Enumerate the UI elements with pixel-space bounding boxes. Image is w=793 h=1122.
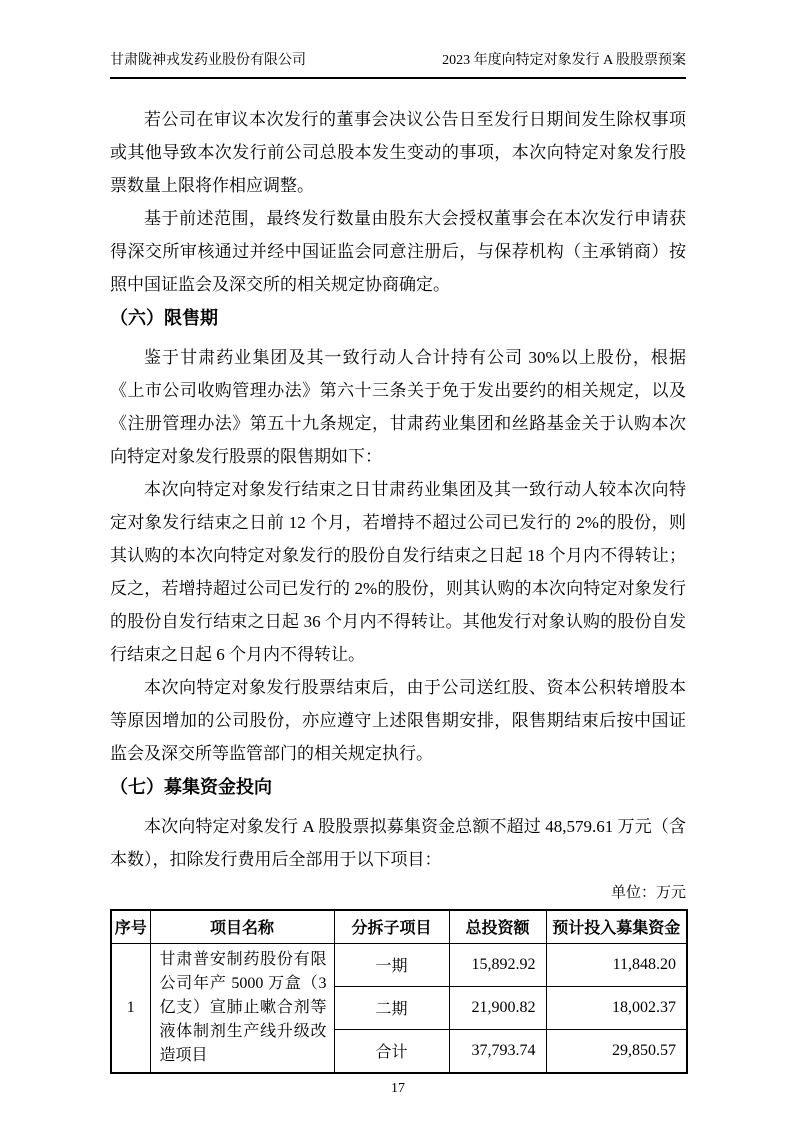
document-body: 若公司在审议本次发行的董事会决议公告日至发行日期间发生除权事项或其他导致本次发行… — [110, 103, 686, 1097]
page-number: 17 — [110, 1081, 686, 1097]
paragraph-lockup-basis: 鉴于甘肃药业集团及其一致行动人合计持有公司 30%以上股份，根据《上市公司收购管… — [110, 341, 686, 473]
table-row: 1 甘肃普安制药股份有限公司年产 5000 万盒（3 亿支）宣肺止嗽合剂等液体制… — [111, 943, 687, 986]
column-header-no: 序号 — [111, 910, 150, 943]
cell-raised-funds-phase2: 18,002.37 — [546, 986, 687, 1029]
paragraph-raised-funds-total: 本次向特定对象发行 A 股股票拟募集资金总额不超过 48,579.61 万元（含… — [110, 810, 686, 876]
cell-total-investment-phase2: 21,900.82 — [449, 986, 546, 1029]
column-header-total-investment: 总投资额 — [449, 910, 546, 943]
cell-total-investment-total: 37,793.74 — [449, 1029, 546, 1072]
section-heading-lockup-period: （六）限售期 — [110, 302, 686, 335]
page-header: 甘肃陇神戎发药业股份有限公司 2023 年度向特定对象发行 A 股股票预案 — [110, 0, 686, 79]
paragraph-lockup-terms: 本次向特定对象发行结束之日甘肃药业集团及其一致行动人较本次向特定对象发行结束之日… — [110, 473, 686, 671]
table-unit-label: 单位：万元 — [110, 882, 686, 904]
header-doc-title: 2023 年度向特定对象发行 A 股股票预案 — [442, 52, 686, 70]
fund-usage-table: 序号 项目名称 分拆子项目 总投资额 预计投入募集资金 1 甘肃普安制药股份有限… — [110, 909, 688, 1074]
cell-total-investment-phase1: 15,892.92 — [449, 943, 546, 986]
column-header-sub-project: 分拆子项目 — [334, 910, 449, 943]
paragraph-bonus-shares-lockup: 本次向特定对象发行股票结束后，由于公司送红股、资本公积转增股本等原因增加的公司股… — [110, 671, 686, 770]
cell-project-name: 甘肃普安制药股份有限公司年产 5000 万盒（3 亿支）宣肺止嗽合剂等液体制剂生… — [150, 943, 334, 1073]
cell-raised-funds-total: 29,850.57 — [546, 1029, 687, 1072]
paragraph-final-issue-quantity: 基于前述范围，最终发行数量由股东大会授权董事会在本次发行申请获得深交所审核通过并… — [110, 202, 686, 301]
cell-row-number: 1 — [111, 943, 150, 1073]
column-header-project-name: 项目名称 — [150, 910, 334, 943]
cell-sub-project-phase1: 一期 — [334, 943, 449, 986]
cell-sub-project-phase2: 二期 — [334, 986, 449, 1029]
cell-raised-funds-phase1: 11,848.20 — [546, 943, 687, 986]
section-heading-fund-usage: （七）募集资金投向 — [110, 771, 686, 804]
header-company-name: 甘肃陇神戎发药业股份有限公司 — [110, 52, 306, 70]
page-header-rule: 甘肃陇神戎发药业股份有限公司 2023 年度向特定对象发行 A 股股票预案 — [110, 52, 686, 79]
cell-sub-project-total: 合计 — [334, 1029, 449, 1072]
document-page: 甘肃陇神戎发药业股份有限公司 2023 年度向特定对象发行 A 股股票预案 若公… — [0, 0, 793, 1122]
table-header-row: 序号 项目名称 分拆子项目 总投资额 预计投入募集资金 — [111, 910, 687, 943]
paragraph-adjustment-clause: 若公司在审议本次发行的董事会决议公告日至发行日期间发生除权事项或其他导致本次发行… — [110, 103, 686, 202]
column-header-raised-funds: 预计投入募集资金 — [546, 910, 687, 943]
